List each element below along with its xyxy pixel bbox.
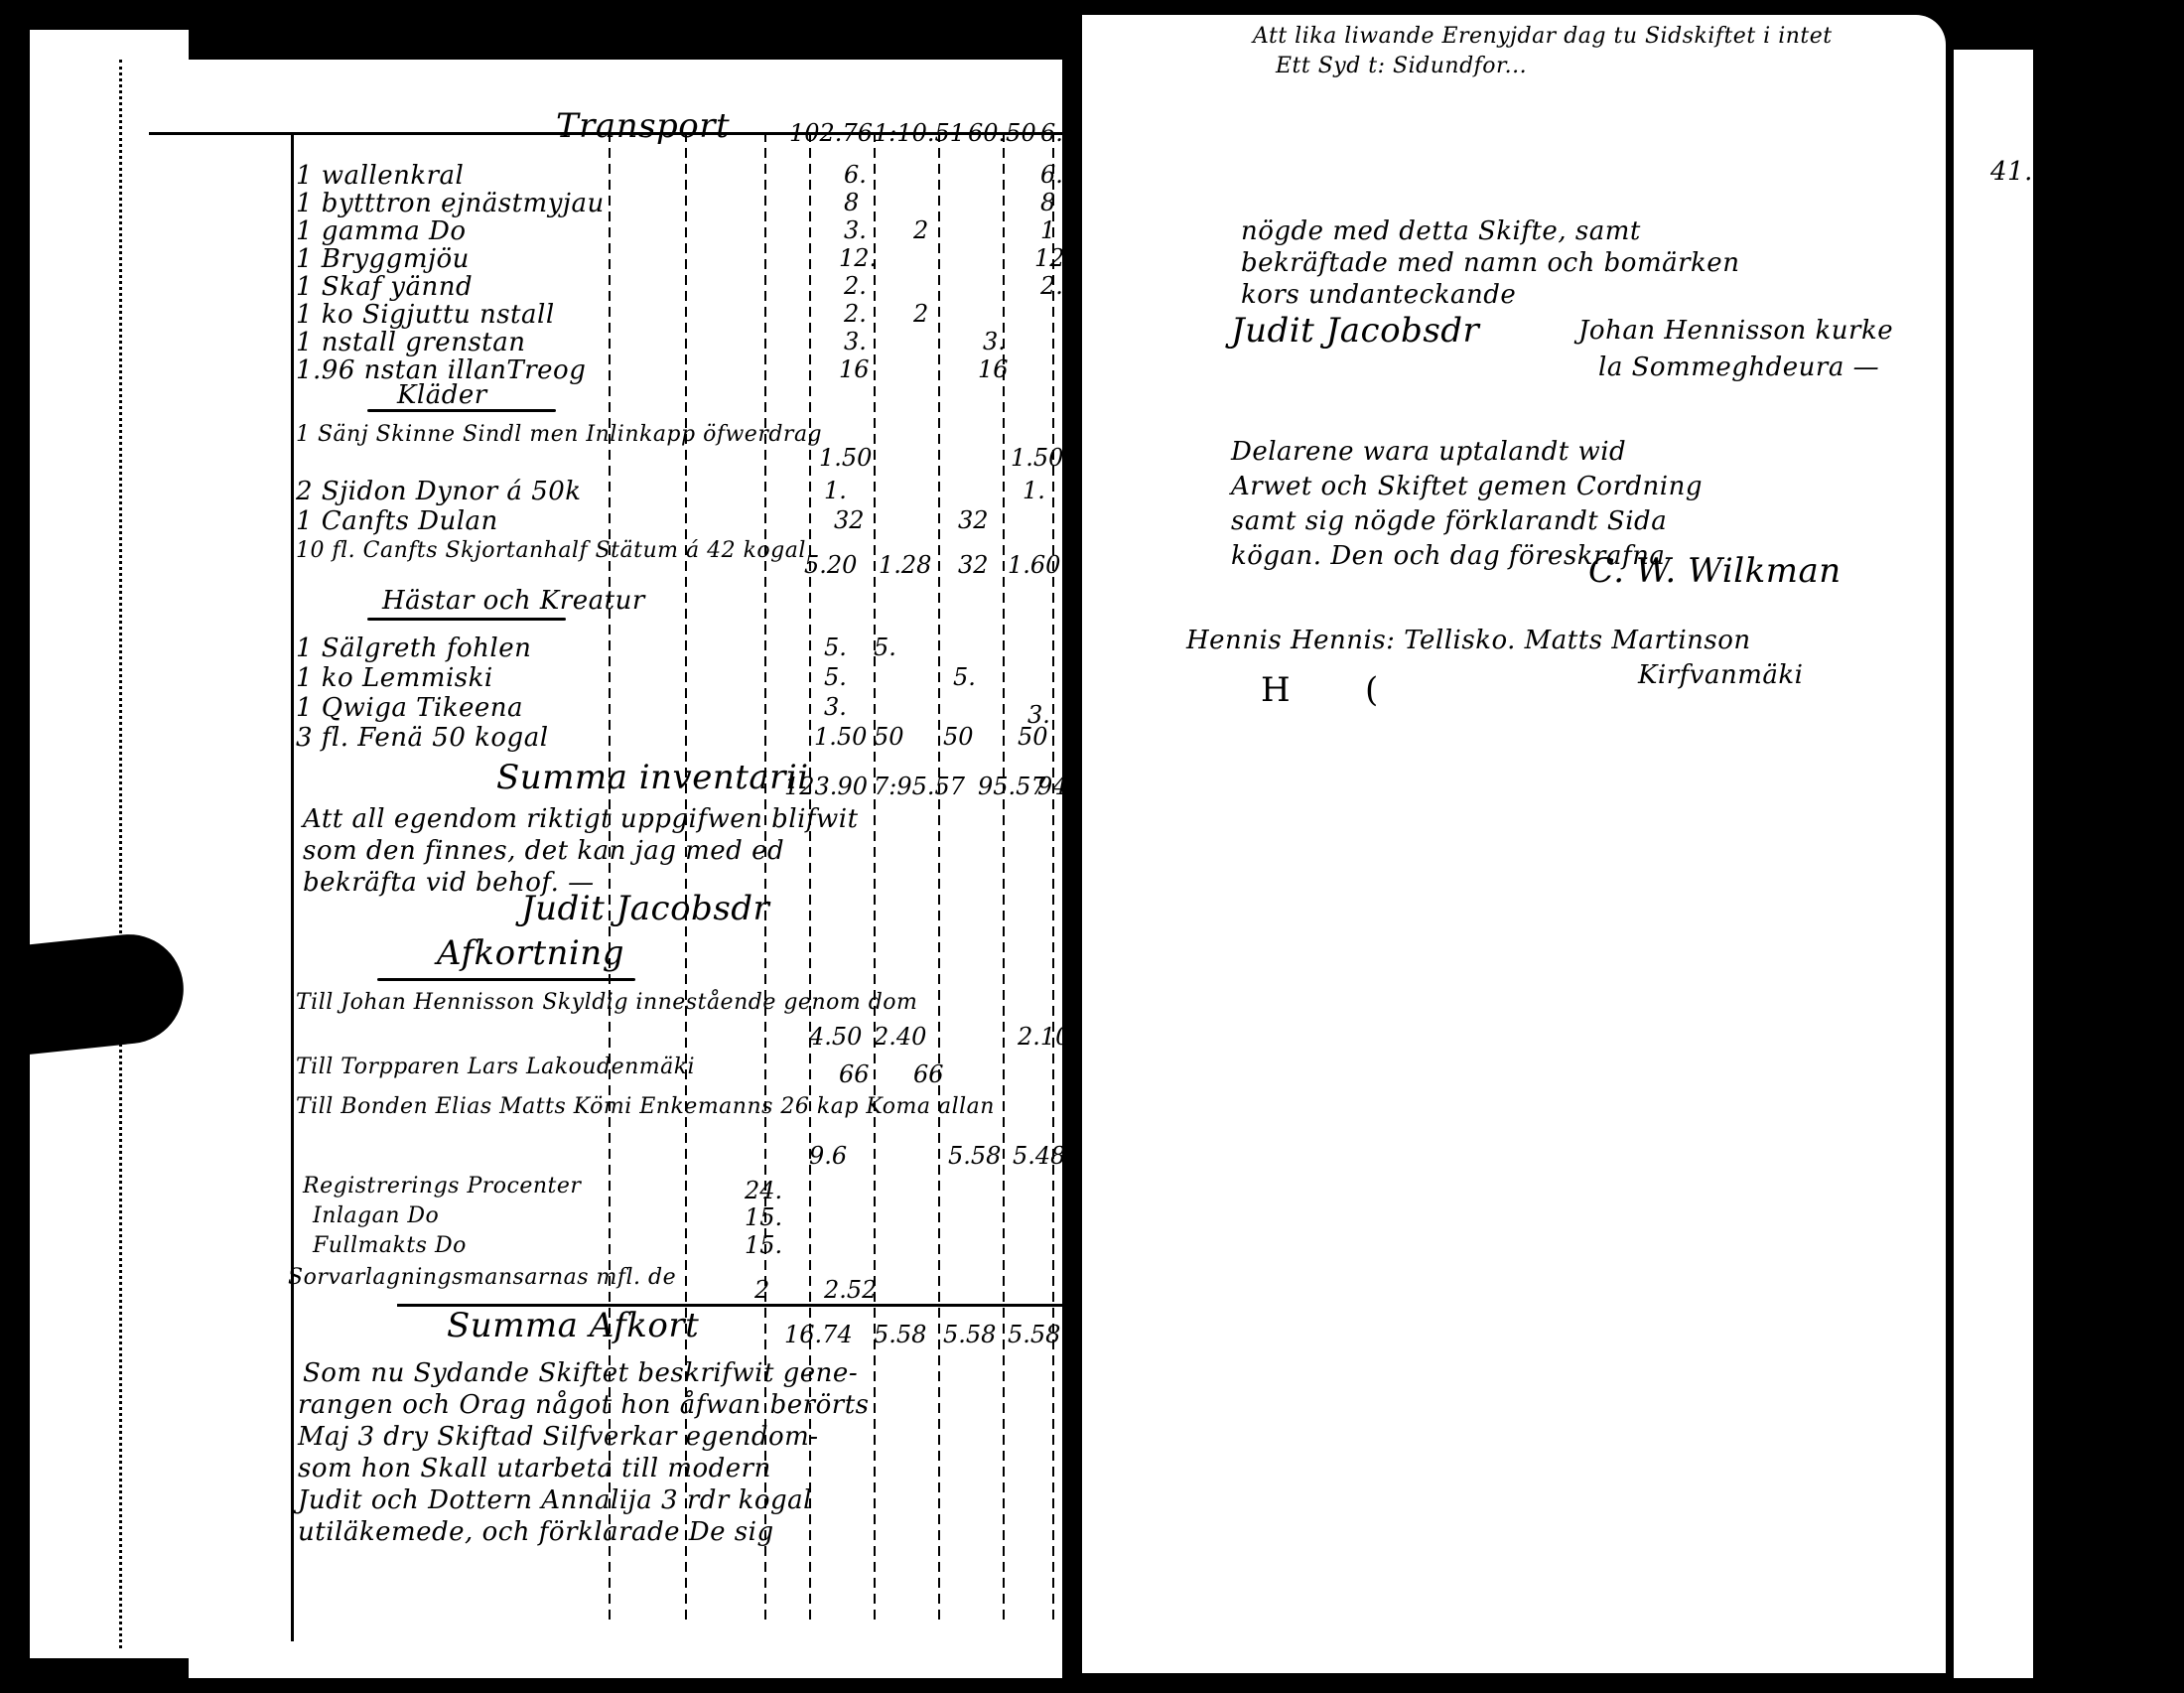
ledger-item-total: 2. [844, 272, 867, 300]
heading-underline [377, 978, 635, 981]
ledger-item-value: 2 [913, 300, 928, 328]
ledger-item-value: 2.40 [874, 1023, 926, 1051]
ledger-item-total: 4.50 [809, 1023, 862, 1051]
summa-inventarii-total: 123.90 [784, 773, 868, 800]
page-number: 41. [1990, 157, 2033, 187]
closing-text-line: Judit och Dottern Annalija 3 rdr kogal [298, 1485, 812, 1515]
ledger-item-value: 6. [1040, 161, 1063, 189]
ledger-item: 1 Bryggmjöu [296, 244, 470, 274]
summa-afkort-total: 16.74 [784, 1321, 853, 1348]
ledger-item-value: 1 [1040, 216, 1055, 244]
closing-text-line: Som nu Sydande Skiftet beskrifwit gene- [303, 1358, 858, 1388]
ledger-item-value: 2.10 [1018, 1023, 1070, 1051]
witness-mark-h: H [1261, 675, 1291, 705]
ledger-item-value: 2.52 [824, 1276, 877, 1304]
ledger-item: 1 Sälgreth fohlen [296, 634, 531, 663]
ledger-item-value: 5. [953, 663, 976, 691]
ledger-item-total: 5. [824, 663, 847, 691]
closing-text-line: utiläkemede, och förklarade De sig [298, 1517, 774, 1547]
witness-signature-line2: Kirfvanmäki [1638, 660, 1803, 690]
ledger-item: 1 Skaf yännd [296, 272, 473, 302]
summa-afkort-col1: 5.58 [874, 1321, 926, 1348]
witness-signatures: Hennis Hennis: Tellisko. Matts Martinson [1186, 626, 1751, 655]
closing-text-line: rangen och Orag något hon åfwan berörts [298, 1390, 869, 1420]
ledger-item: 1 gamma Do [296, 216, 467, 246]
ledger-item-value: 32 [958, 551, 989, 579]
ledger-item-total: 2. [844, 300, 867, 328]
ledger-item-total: 1.50 [819, 444, 872, 472]
signature-johan-line2: la Sommeghdeura — [1598, 353, 1879, 382]
signature-judit: Judit Jacobsdr [1231, 316, 1479, 346]
ledger-item-total: 66 [839, 1060, 870, 1088]
ledger-item-total: 16 [839, 355, 870, 383]
ledger-item: 3 fl. Fenä 50 kogal [296, 723, 549, 753]
ledger-item: 1 ko Sigjuttu nstall [296, 300, 555, 330]
right-body-line: bekräftade med namn och bomärken [1241, 248, 1739, 278]
ledger-item: 1 ko Lemmiski [296, 663, 493, 693]
ledger-item: 1 wallenkral [296, 161, 464, 191]
ledger-item-value: 8 [1040, 189, 1055, 216]
ledger-item-total: 24. [745, 1177, 782, 1204]
ledger-item-value: 16 [978, 355, 1009, 383]
ledger-item-total: 3. [824, 693, 847, 721]
oath-signature: Judit Jacobsdr [521, 894, 769, 923]
closing-text-line: som hon Skall utarbeta till modern [298, 1454, 771, 1483]
transport-total: 102.76 [789, 119, 873, 147]
right-paragraph-line: Arwet och Skiftet gemen Cordning [1231, 472, 1703, 501]
ledger-item: 1 Sänj Skinne Sindl men Inlinkapp öfwerd… [296, 420, 822, 450]
ledger-item-value: 50 [874, 723, 904, 751]
ledger-item-total: 5. [824, 634, 847, 661]
summa-afkort-col2: 5.58 [943, 1321, 996, 1348]
summa-inventarii-col2: 95.57 [978, 773, 1046, 800]
column-rule [1052, 132, 1054, 1622]
heading-underline [367, 618, 566, 621]
right-top-note: Att lika liwande Erenyjdar dag tu Sidski… [1253, 22, 1833, 52]
right-paragraph-line: samt sig nögde förklarandt Sida [1231, 506, 1667, 536]
right-paragraph-line: Delarene wara uptalandt wid [1231, 437, 1626, 467]
ledger-item: 1 Qwiga Tikeena [296, 693, 523, 723]
ledger-item-value: 1.60 [1008, 551, 1060, 579]
ledger-item-value: 5. [874, 634, 896, 661]
ledger-item: Fullmakts Do [313, 1231, 467, 1261]
ledger-item-value: 50 [943, 723, 974, 751]
summa-inventarii-col1: 7:95.57 [874, 773, 965, 800]
ledger-item-total: 3. [844, 216, 867, 244]
transport-col3: 6. [1040, 119, 1063, 147]
summa-afkort-label: Summa Afkort [447, 1311, 699, 1340]
ledger-item: 1 bytttron ejnästmyjau [296, 189, 605, 218]
section-heading-klader: Kläder [397, 380, 487, 410]
heading-underline [367, 409, 556, 412]
ledger-item-value: 32 [958, 506, 989, 534]
summa-afkort-col3: 5.58 [1008, 1321, 1060, 1348]
ledger-item: 2 Sjidon Dynor á 50k [296, 477, 582, 506]
right-page-margin-edge [1946, 50, 2033, 1678]
ledger-left-margin-rule [291, 132, 294, 1641]
ledger-item: 1 nstall grenstan [296, 328, 525, 357]
ledger-item-total: 15. [745, 1231, 782, 1259]
ledger-item-value: 12 [1034, 244, 1065, 272]
summa-inventarii-col3: 94 [1037, 773, 1068, 800]
ledger-item-total: 8 [844, 189, 859, 216]
ledger-item-value: 3. [983, 328, 1006, 355]
summa-inventarii-label: Summa inventarii [496, 763, 809, 792]
section-heading-kreatur: Hästar och Kreatur [382, 586, 645, 616]
ledger-item: Sorvarlagningsmansarnas mfl. de [288, 1263, 676, 1293]
ledger-item-total: 2 [754, 1276, 769, 1304]
ledger-item: Till Johan Hennisson Skyldig innestående… [296, 988, 917, 1018]
transport-label: Transport [556, 111, 730, 141]
ledger-item-total: 6. [844, 161, 867, 189]
official-signature: C. W. Wilkman [1588, 556, 1842, 586]
left-page-stack-edge-inner [60, 60, 122, 1648]
section-heading-afkortning: Afkortning [437, 938, 624, 968]
ledger-item-value: 5.58 [948, 1142, 1001, 1170]
ledger-item-value: 66 [913, 1060, 944, 1088]
ledger-item-value: 2. [1040, 272, 1063, 300]
witness-mark-paren: ( [1365, 675, 1379, 705]
closing-text-line: Maj 3 dry Skiftad Silfverkar egendom- [298, 1422, 819, 1452]
right-top-note: Ett Syd t: Sidundfor... [1276, 52, 1527, 81]
oath-text-line: som den finnes, det kan jag med ed [303, 836, 784, 866]
column-rule [874, 132, 876, 1622]
ledger-item-total: 3. [844, 328, 867, 355]
ledger-item-value: 50 [1018, 723, 1048, 751]
ledger-item-value: 1. [1023, 477, 1045, 504]
ledger-item: Till Bonden Elias Matts Kömi Enkemanns 2… [296, 1092, 995, 1122]
ledger-item-total: 12. [839, 244, 877, 272]
ledger-item: Inlagan Do [313, 1201, 439, 1231]
ledger-item-total: 15. [745, 1203, 782, 1231]
ledger-item-value: 2 [913, 216, 928, 244]
transport-col1: 1:10.51 [874, 119, 965, 147]
ledger-item-value: 1.50 [1011, 444, 1063, 472]
ledger-item-value: 5.48 [1013, 1142, 1065, 1170]
column-rule [938, 132, 940, 1622]
book-gutter [1062, 0, 1082, 1693]
ledger-item-total: 32 [834, 506, 865, 534]
right-body-line: kors undanteckande [1241, 280, 1516, 310]
transport-col2: 60.50 [968, 119, 1036, 147]
ledger-item: Till Torpparen Lars Lakoudenmäki [296, 1053, 695, 1082]
ledger-item: 1 Canfts Dulan [296, 506, 498, 536]
ledger-item: 10 fl. Canfts Skjortanhalf Stätum á 42 k… [296, 536, 806, 566]
oath-text-line: Att all egendom riktigt uppgifwen blifwi… [303, 804, 859, 834]
ledger-item-value: 1.28 [879, 551, 931, 579]
ledger-item-total: 1.50 [814, 723, 867, 751]
right-body-line: nögde med detta Skifte, samt [1241, 216, 1641, 246]
ledger-item-total: 9.6 [809, 1142, 847, 1170]
ledger-item: Registrerings Procenter [303, 1172, 581, 1201]
ledger-item-total: 5.20 [804, 551, 857, 579]
ledger-item-total: 1. [824, 477, 847, 504]
signature-johan: Johan Hennisson kurke [1578, 316, 1893, 346]
